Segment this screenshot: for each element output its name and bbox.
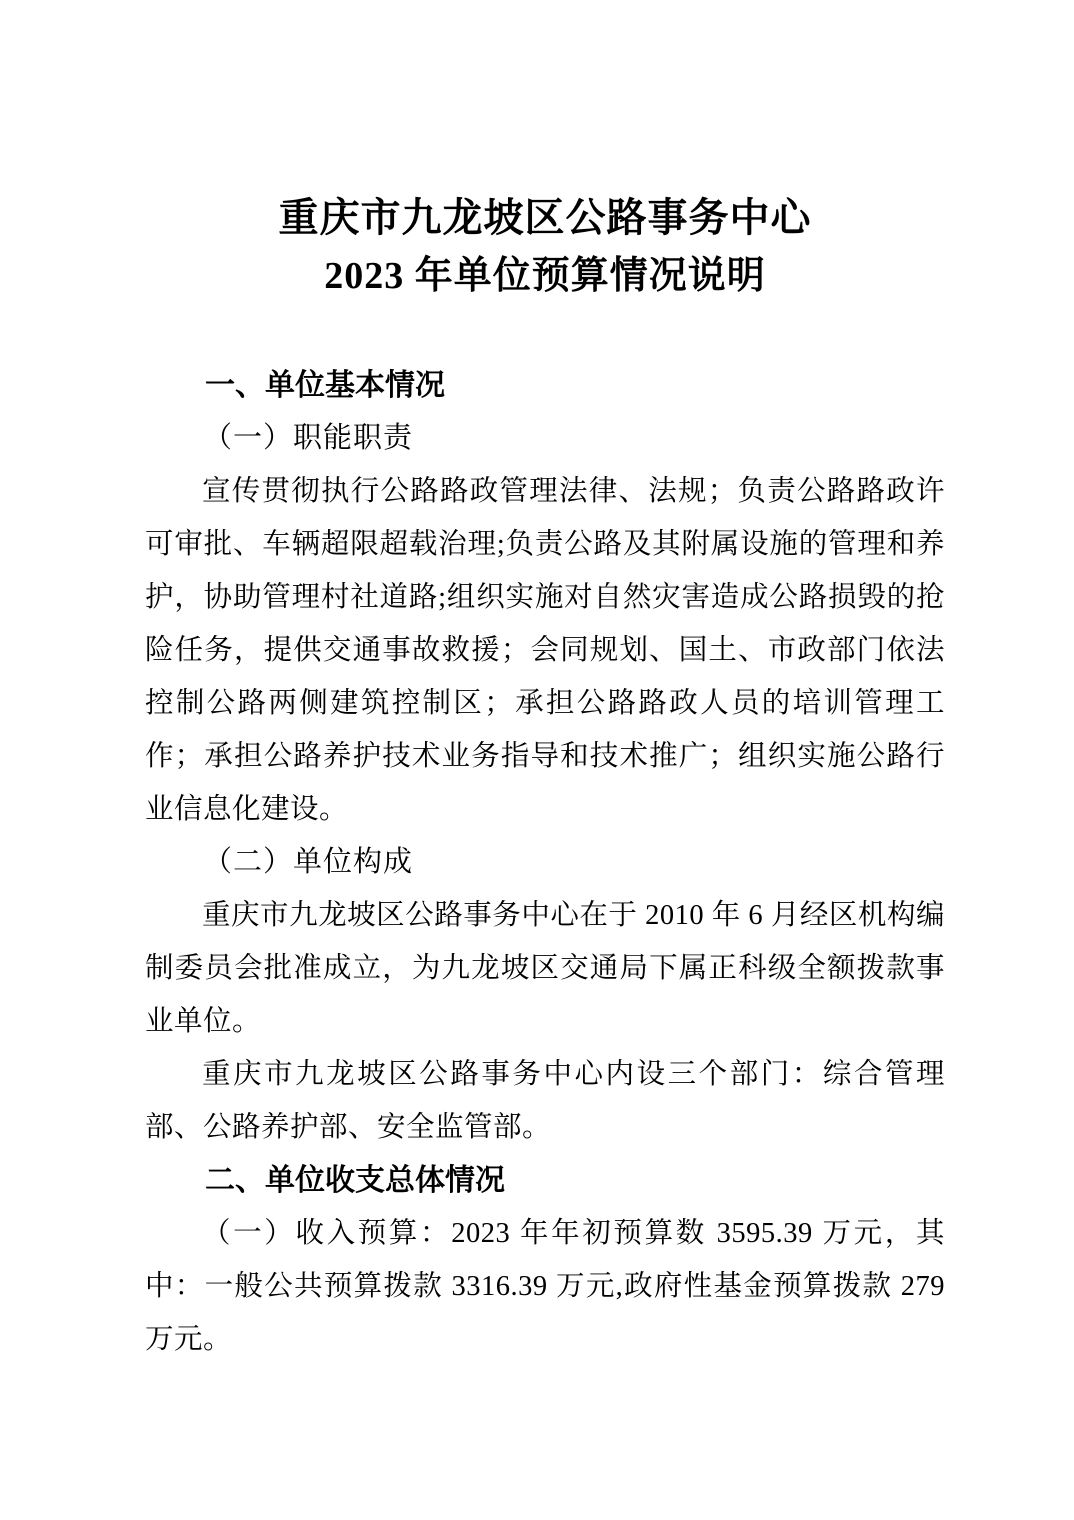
section-heading-revenue-expenditure: 二、单位收支总体情况 (145, 1154, 945, 1207)
title-block: 重庆市九龙坡区公路事务中心 2023 年单位预算情况说明 (145, 0, 945, 305)
doc-content: 一、单位基本情况 （一）职能职责 宣传贯彻执行公路路政管理法律、法规；负责公路路… (145, 359, 945, 1366)
document-page: 重庆市九龙坡区公路事务中心 2023 年单位预算情况说明 一、单位基本情况 （一… (0, 0, 1074, 1520)
document-text-column: 重庆市九龙坡区公路事务中心 2023 年单位预算情况说明 一、单位基本情况 （一… (145, 0, 945, 1366)
paragraph-income-budget: （一）收入预算：2023 年年初预算数 3595.39 万元，其中：一般公共预算… (145, 1207, 945, 1366)
doc-title: 重庆市九龙坡区公路事务中心 (145, 189, 945, 247)
doc-subtitle: 2023 年单位预算情况说明 (145, 247, 945, 305)
paragraph-unit-establishment: 重庆市九龙坡区公路事务中心在于 2010 年 6 月经区机构编制委员会批准成立，… (145, 889, 945, 1048)
section-heading-unit-basic-info: 一、单位基本情况 (145, 359, 945, 412)
sub-heading-functions-duties: （一）职能职责 (145, 412, 945, 465)
paragraph-unit-departments: 重庆市九龙坡区公路事务中心内设三个部门：综合管理部、公路养护部、安全监管部。 (145, 1048, 945, 1154)
sub-heading-unit-composition: （二）单位构成 (145, 836, 945, 889)
paragraph-functions-duties: 宣传贯彻执行公路路政管理法律、法规；负责公路路政许可审批、车辆超限超载治理;负责… (145, 465, 945, 836)
